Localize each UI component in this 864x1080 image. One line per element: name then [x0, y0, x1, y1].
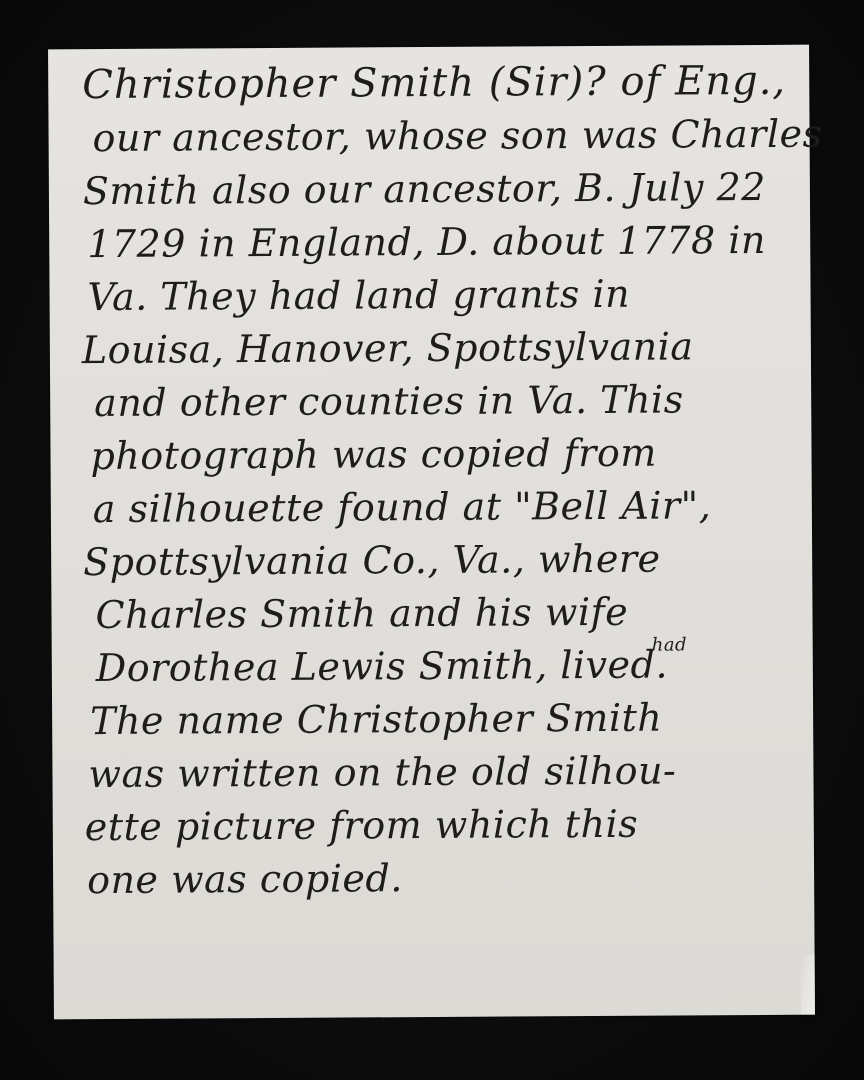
text-line: Charles Smith and his wife [81, 585, 804, 642]
text-line: photograph was copied from [80, 426, 803, 483]
text-line: was written on the old silhou- [82, 744, 805, 801]
handwritten-note-paper: Christopher Smith (Sir)? of Eng., our an… [48, 45, 815, 1020]
text-line: 1729 in England, D. about 1778 in [79, 214, 802, 271]
text-line: Smith also our ancestor, B. July 22 [79, 161, 802, 218]
text-line-with-insertion: Dorothea Lewis Smith, lived. had [82, 638, 805, 695]
text-line: Spottsylvania Co., Va., where [81, 532, 804, 589]
handwritten-text-block: Christopher Smith (Sir)? of Eng., our an… [78, 55, 806, 907]
text-line: our ancestor, whose son was Charles [78, 108, 801, 165]
text-line: Louisa, Hanover, Spottsylvania [80, 320, 803, 377]
text-line: Dorothea Lewis Smith, lived. [96, 643, 668, 690]
text-line: The name Christopher Smith [82, 691, 805, 748]
text-line: a silhouette found at "Bell Air", [81, 479, 804, 536]
text-line: one was copied. [83, 850, 806, 907]
text-line: ette picture from which this [83, 797, 806, 854]
caret-insertion-had: had [652, 636, 687, 654]
text-line: Christopher Smith (Sir)? of Eng., [78, 55, 801, 112]
text-line: Va. They had land grants in [79, 267, 802, 324]
text-line: and other counties in Va. This [80, 373, 803, 430]
